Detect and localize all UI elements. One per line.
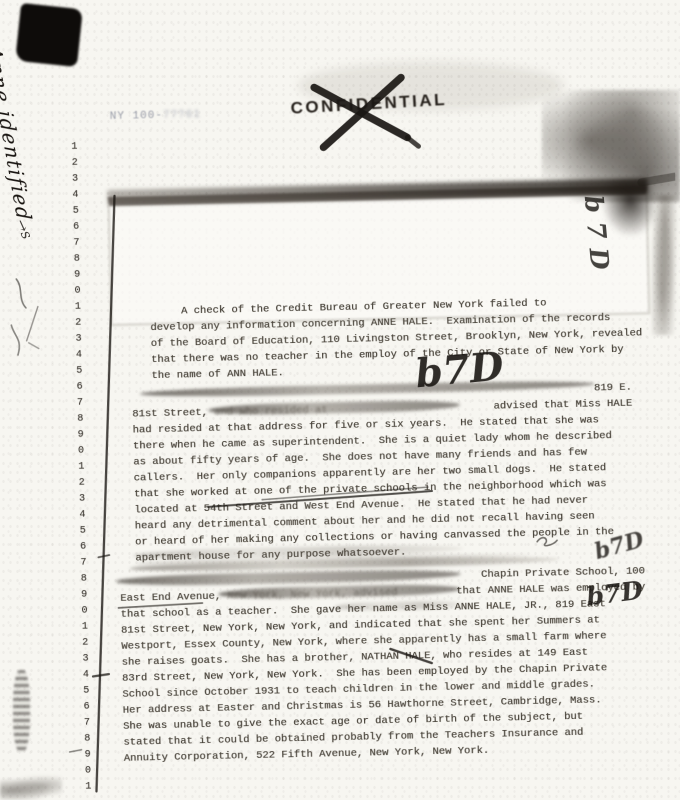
b7d-exemption-note-margin-lower: b7D: [585, 576, 645, 612]
margin-dash: [98, 555, 109, 557]
scanned-document-page: 1 2 3 4 5 6 7 8 9 0 1 2 3 4 5 6 7 8 9 0 …: [0, 0, 680, 800]
file-number-prefix: NY 100-: [110, 110, 163, 123]
margin-line-number-strip: 1 2 3 4 5 6 7 8 9 0 1 2 3 4 5 6 7 8 9 0 …: [71, 140, 91, 796]
scan-artifact-blob: [15, 3, 83, 67]
b7d-exemption-note-large: b7D: [413, 343, 505, 397]
margin-dash: [93, 674, 109, 676]
line-obscured-text: and who resided at: [214, 404, 328, 418]
line-visible-start: East End Avenue,: [120, 591, 227, 605]
margin-scribble: [16, 279, 26, 308]
margin-scribble: [29, 343, 39, 349]
stamp-cancel-x-tail: [407, 137, 418, 146]
confidential-stamp: CONFIDENTIAL: [290, 90, 447, 119]
document-content: 1 2 3 4 5 6 7 8 9 0 1 2 3 4 5 6 7 8 9 0 …: [0, 0, 680, 800]
margin-dash: [70, 750, 82, 752]
paragraph-2-line: apartment house for any purpose whatsoev…: [135, 547, 406, 566]
line-visible-end: advised that Miss HALE: [493, 398, 632, 414]
line-obscured-text: New York, New York, advised: [227, 587, 404, 603]
margin-scribble: [26, 307, 39, 341]
line-visible-start: 81st Street,: [132, 407, 214, 421]
file-number-faded: 7??61: [163, 109, 201, 122]
file-number: NY 100-7??61: [110, 109, 201, 123]
paragraph-1-line: the name of ANN HALE.: [151, 367, 284, 383]
margin-scribble: [11, 325, 19, 355]
